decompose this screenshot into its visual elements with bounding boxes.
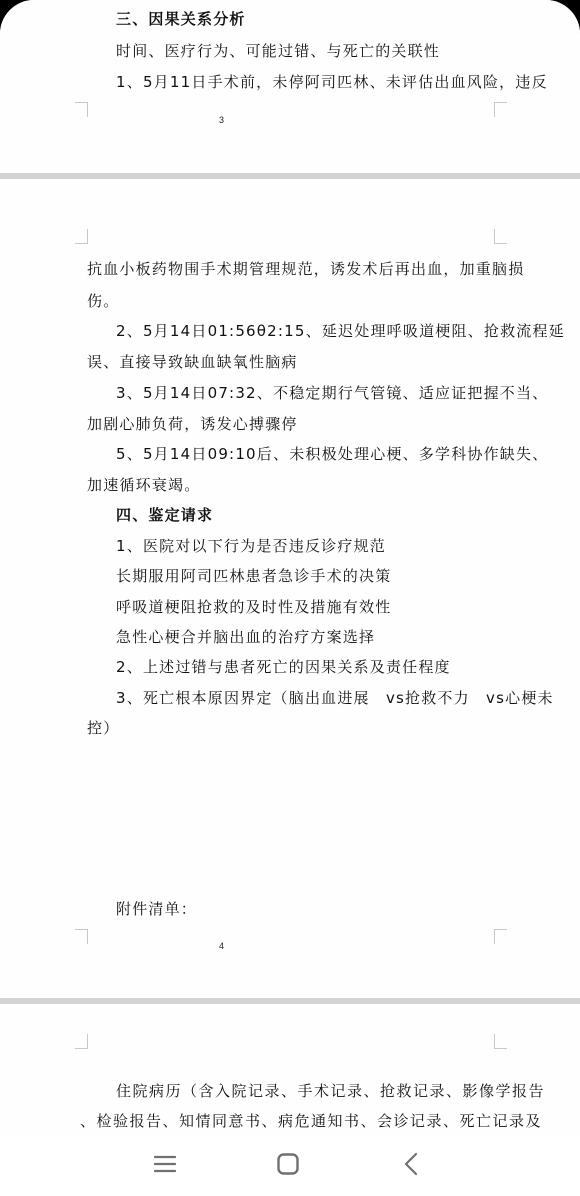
paragraph-line: 2、上述过错与患者死亡的因果关系及责任程度 [116,656,526,677]
paragraph-line: 控） [87,717,497,738]
paragraph-line: 呼吸道梗阻抢救的及时性及措施有效性 [116,596,526,617]
paragraph-line: 1、医院对以下行为是否违反诊疗规范 [116,535,526,556]
page-corner-mark [75,102,88,117]
document-page-4: 抗血小板药物围手术期管理规范，诱发术后再出血，加重脑损 伤。 2、5月14日01… [0,179,580,998]
home-button[interactable] [270,1148,306,1180]
paragraph-line: 时间、医疗行为、可能过错、与死亡的关联性 [116,40,526,61]
attachments-heading: 附件清单： [116,898,526,919]
page-number: 4 [219,941,224,951]
paragraph-line: 误、直接导致缺血缺氧性脑病 [87,351,497,372]
paragraph-line: 抗血小板药物围手术期管理规范，诱发术后再出血，加重脑损 [87,258,497,279]
document-page-5: 住院病历（含入院记录、手术记录、抢救记录、影像学报告 、检验报告、知情同意书、病… [0,1004,580,1134]
paragraph-line: 加剧心肺负荷，诱发心搏骤停 [87,413,497,434]
page-corner-mark [494,102,507,117]
paragraph-line: 伤。 [87,290,497,311]
page-corner-mark [494,929,507,944]
paragraph-line: 3、5月14日07:32、不稳定期行气管镜、适应证把握不当、 [116,382,526,403]
home-icon [277,1153,299,1175]
back-button[interactable] [393,1148,429,1180]
page-corner-mark [75,229,88,244]
page-number: 3 [219,115,224,125]
document-viewer[interactable]: 三、因果关系分析 时间、医疗行为、可能过错、与死亡的关联性 1、5月11日手术前… [0,0,580,1134]
paragraph-line: 2、5月14日01:56θ2:15、延迟处理呼吸道梗阻、抢救流程延 [116,320,526,341]
page-corner-mark [75,929,88,944]
paragraph-line: 5、5月14日09:10后、未积极处理心梗、多学科协作缺失、 [116,443,526,464]
paragraph-line: 长期服用阿司匹林患者急诊手术的决策 [116,565,526,586]
paragraph-line: 3、死亡根本原因界定（脑出血进展 vs抢救不力 vs心梗未 [116,687,526,708]
paragraph-line: 住院病历（含入院记录、手术记录、抢救记录、影像学报告 [116,1080,526,1101]
page-corner-mark [75,1034,88,1049]
recent-apps-button[interactable] [147,1148,183,1180]
section-heading-appraisal-request: 四、鉴定请求 [116,504,526,525]
paragraph-line: 加速循环衰竭。 [87,474,497,495]
back-icon [403,1152,419,1176]
paragraph-line: 、检验报告、知情同意书、病危通知书、会诊记录、死亡记录及 [80,1110,490,1131]
page-corner-mark [494,229,507,244]
phone-screen: 三、因果关系分析 时间、医疗行为、可能过错、与死亡的关联性 1、5月11日手术前… [0,0,580,1196]
menu-icon [154,1154,176,1174]
section-heading-causality: 三、因果关系分析 [116,8,526,29]
paragraph-line: 急性心梗合并脑出血的治疗方案选择 [116,626,526,647]
paragraph-line: 1、5月11日手术前，未停阿司匹林、未评估出血风险，违反 [116,71,526,92]
system-navigation-bar [0,1134,580,1196]
document-page-3: 三、因果关系分析 时间、医疗行为、可能过错、与死亡的关联性 1、5月11日手术前… [0,0,580,173]
page-corner-mark [494,1034,507,1049]
